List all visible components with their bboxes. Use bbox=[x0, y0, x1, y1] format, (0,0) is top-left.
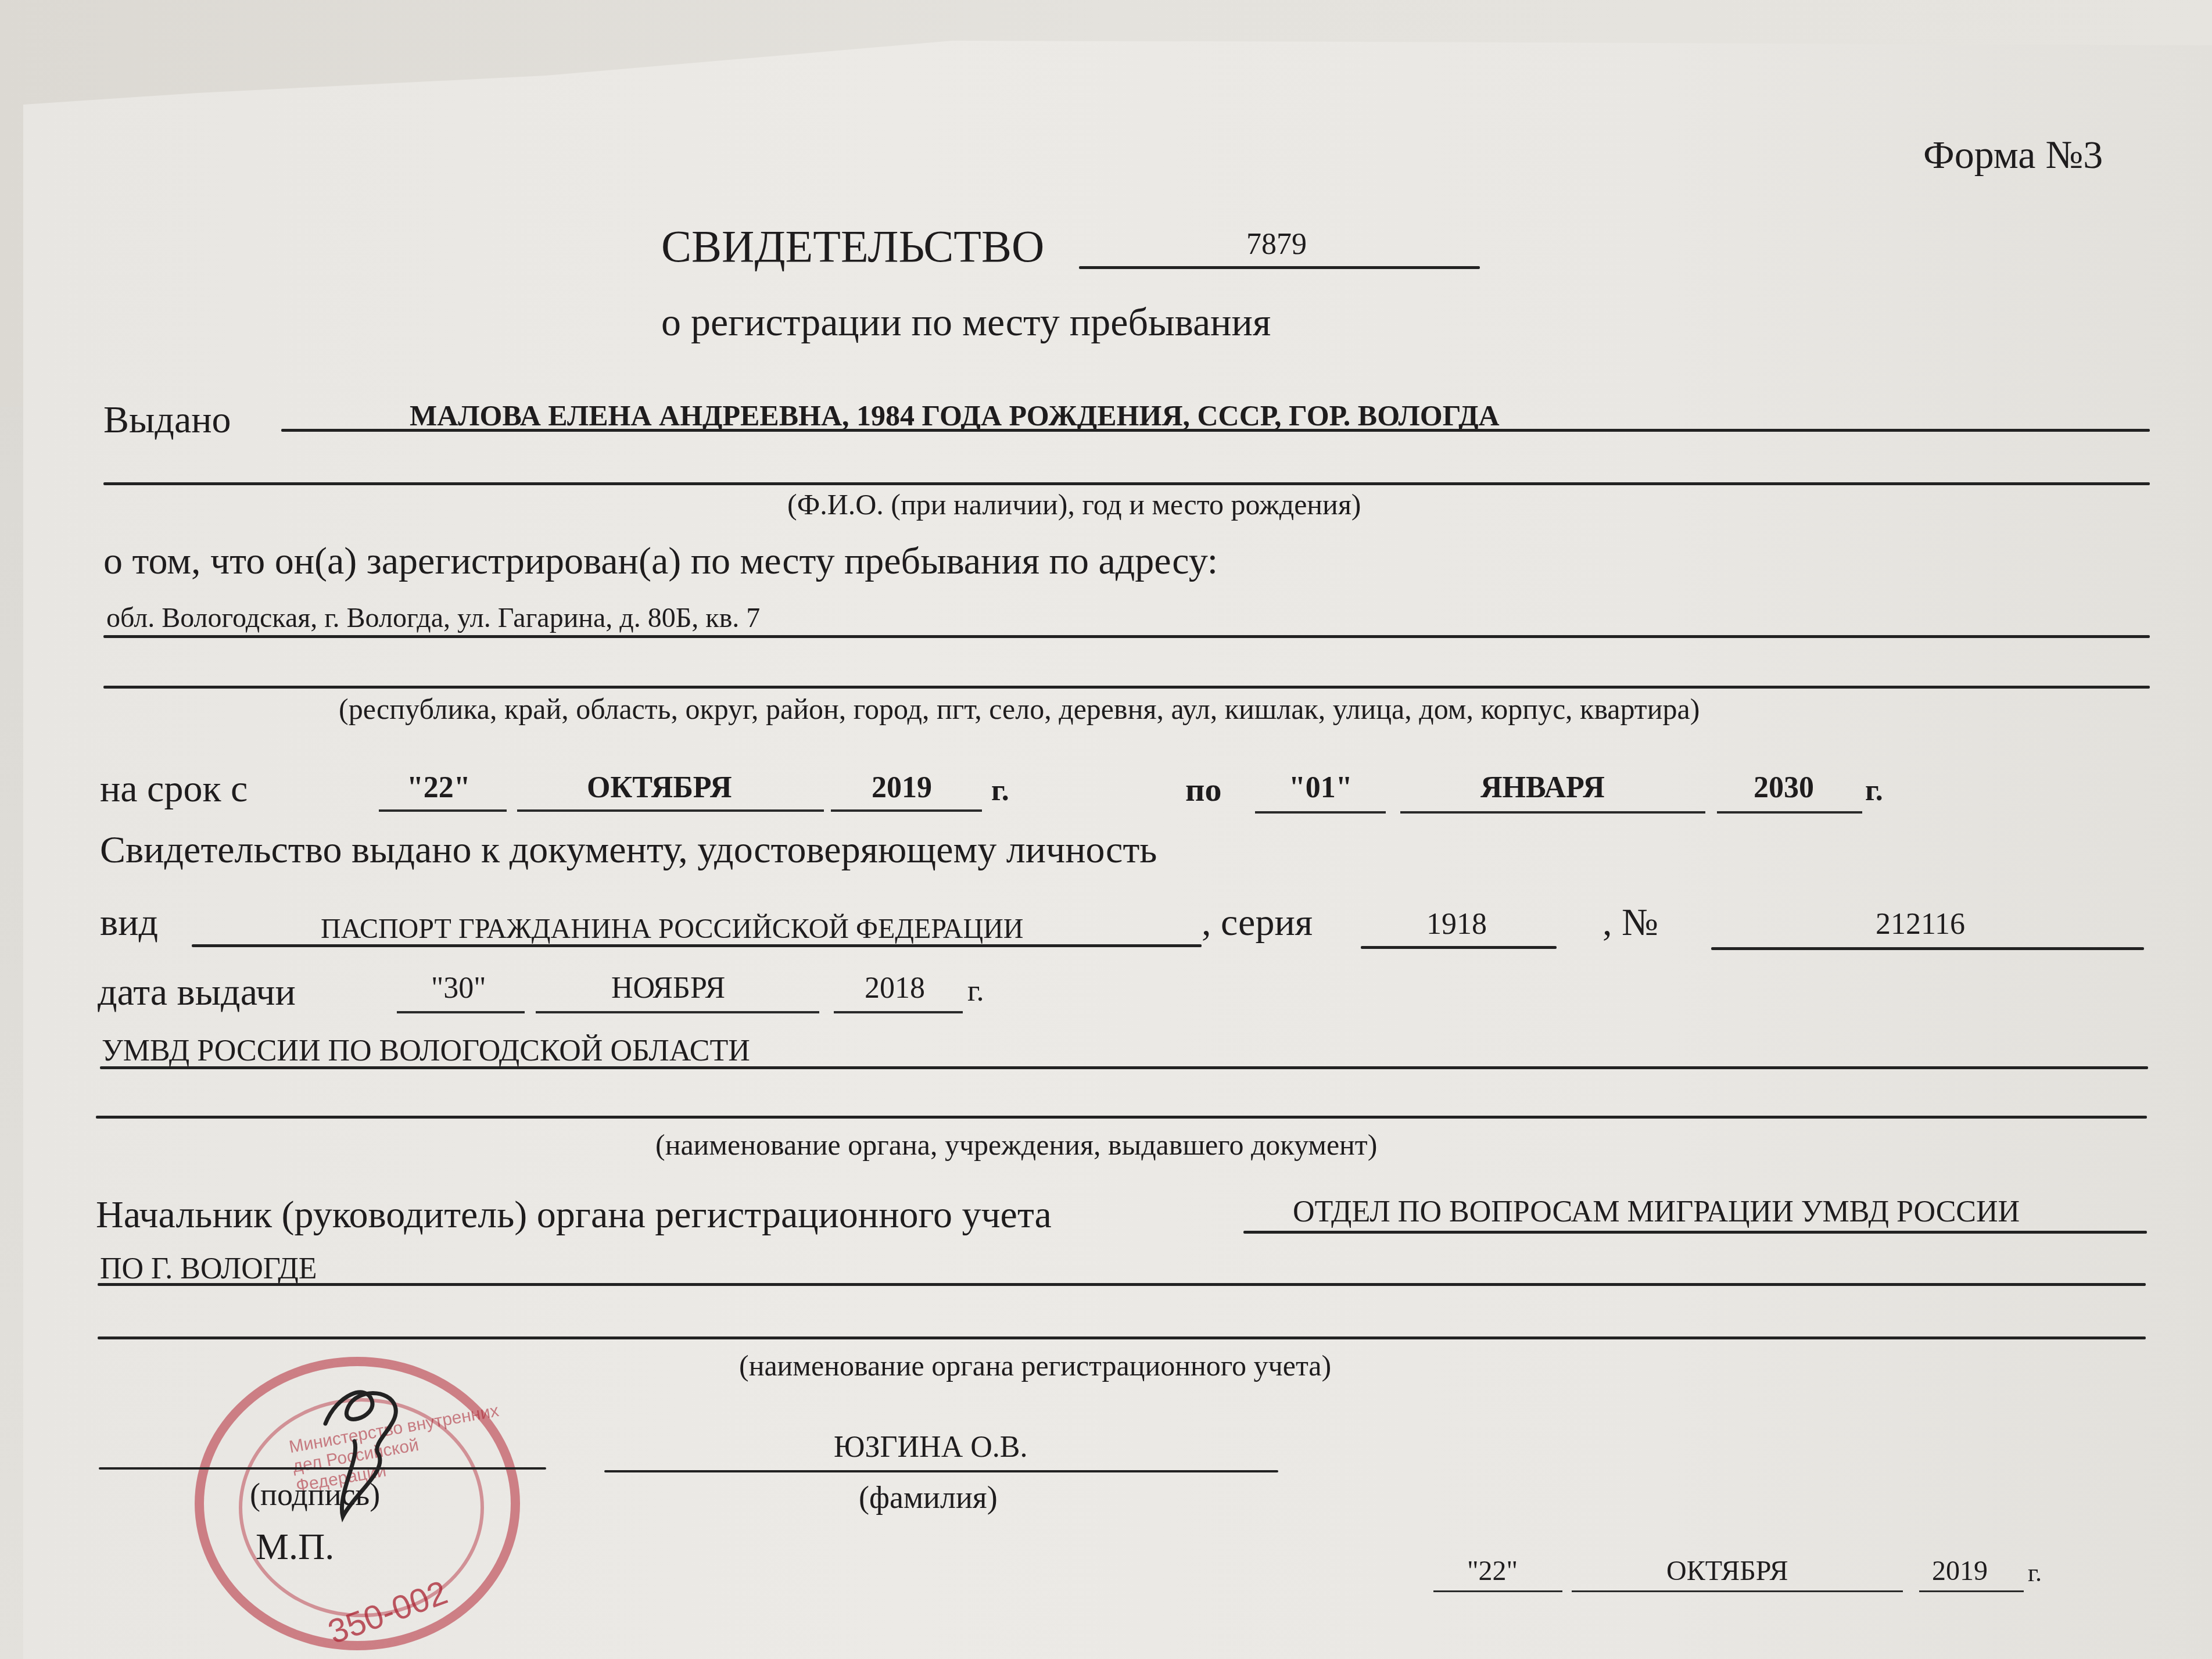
term-label: на срок с bbox=[100, 770, 248, 808]
issue-date-day: "22" bbox=[1467, 1557, 1518, 1585]
identity-doc-issuer-value: УМВД РОССИИ ПО ВОЛОГОДСКОЙ ОБЛАСТИ bbox=[102, 1036, 750, 1066]
registration-authority-line-1 bbox=[1243, 1231, 2147, 1234]
term-from-year: 2019 bbox=[872, 773, 932, 803]
address-value: обл. Вологодская, г. Вологда, ул. Гагари… bbox=[106, 604, 760, 632]
identity-doc-issuer-line-1 bbox=[100, 1066, 2148, 1069]
identity-doc-statement: Свидетельство выдано к документу, удосто… bbox=[100, 831, 1157, 869]
certificate-number-line bbox=[1079, 266, 1480, 269]
seal-label: М.П. bbox=[256, 1528, 334, 1565]
registration-authority-label: Начальник (руководитель) органа регистра… bbox=[96, 1196, 1052, 1234]
term-to-day-line bbox=[1255, 811, 1386, 814]
identity-doc-issuer-hint: (наименование органа, учреждения, выдавш… bbox=[655, 1130, 1377, 1159]
registration-authority-hint: (наименование органа регистрационного уч… bbox=[739, 1351, 1331, 1380]
identity-doc-issue-day: "30" bbox=[431, 973, 486, 1004]
term-to-year: 2030 bbox=[1754, 773, 1814, 803]
identity-doc-series-value: 1918 bbox=[1426, 909, 1487, 940]
surname-hint: (фамилия) bbox=[859, 1482, 998, 1513]
identity-doc-issue-month-line bbox=[536, 1011, 819, 1013]
issued-to-line-1 bbox=[281, 429, 2150, 432]
registration-authority-value-2: ПО Г. ВОЛОГДЕ bbox=[100, 1254, 317, 1284]
issue-date-year: 2019 bbox=[1932, 1557, 1988, 1585]
issued-to-label: Выдано bbox=[103, 401, 231, 439]
certificate-number: 7879 bbox=[1246, 230, 1307, 260]
identity-doc-number-value: 212116 bbox=[1876, 909, 1965, 940]
term-to-month-line bbox=[1400, 811, 1705, 814]
identity-doc-issuer-line-2 bbox=[96, 1116, 2147, 1119]
address-statement: о том, что он(а) зарегистрирован(а) по м… bbox=[103, 542, 1218, 581]
identity-doc-issue-year: 2018 bbox=[865, 973, 925, 1004]
address-line-1 bbox=[103, 635, 2150, 638]
issue-date-year-line bbox=[1919, 1590, 2024, 1592]
address-line-2 bbox=[103, 686, 2150, 689]
document-title: СВИДЕТЕЛЬСТВО bbox=[661, 224, 1044, 269]
identity-doc-issue-date-label: дата выдачи bbox=[98, 973, 296, 1012]
issued-to-line-2 bbox=[103, 482, 2150, 485]
issue-date-day-line bbox=[1433, 1590, 1562, 1592]
identity-doc-issue-year-suffix: г. bbox=[967, 976, 984, 1006]
issue-date-suffix: г. bbox=[2028, 1560, 2042, 1586]
identity-doc-series-line bbox=[1361, 946, 1557, 949]
term-to-year-suffix: г. bbox=[1865, 776, 1883, 806]
registration-authority-value-1: ОТДЕЛ ПО ВОПРОСАМ МИГРАЦИИ УМВД РОССИИ bbox=[1293, 1197, 2020, 1227]
identity-doc-issue-year-line bbox=[834, 1011, 963, 1013]
signature-hint: (подпись) bbox=[250, 1479, 380, 1510]
identity-doc-issue-day-line bbox=[397, 1011, 525, 1013]
term-from-month-line bbox=[517, 809, 824, 812]
identity-doc-type-value: ПАСПОРТ ГРАЖДАНИНА РОССИЙСКОЙ ФЕДЕРАЦИИ bbox=[321, 915, 1024, 943]
document-subtitle: о регистрации по месту пребывания bbox=[661, 302, 1271, 342]
identity-doc-type-line bbox=[192, 944, 1202, 947]
issue-date-month: ОКТЯБРЯ bbox=[1666, 1557, 1788, 1585]
term-from-month: ОКТЯБРЯ bbox=[587, 773, 732, 803]
term-from-year-line bbox=[831, 809, 982, 812]
identity-doc-type-label: вид bbox=[100, 904, 158, 942]
term-to-year-line bbox=[1717, 811, 1862, 814]
identity-doc-issue-month: НОЯБРЯ bbox=[611, 973, 725, 1004]
signature-line bbox=[99, 1467, 546, 1470]
address-hint: (республика, край, область, округ, район… bbox=[339, 694, 1700, 723]
issued-to-value: МАЛОВА ЕЛЕНА АНДРЕЕВНА, 1984 ГОДА РОЖДЕН… bbox=[410, 401, 1500, 430]
term-to-day: "01" bbox=[1289, 773, 1353, 803]
identity-doc-series-label: , серия bbox=[1202, 904, 1313, 942]
identity-doc-number-line bbox=[1711, 947, 2144, 950]
term-from-year-suffix: г. bbox=[991, 776, 1009, 806]
issue-date-month-line bbox=[1572, 1590, 1903, 1592]
term-from-day: "22" bbox=[407, 773, 471, 803]
term-to-month: ЯНВАРЯ bbox=[1480, 773, 1605, 803]
registration-authority-line-2 bbox=[98, 1283, 2146, 1286]
term-to-label: по bbox=[1185, 773, 1221, 807]
identity-doc-number-label: , № bbox=[1602, 904, 1658, 942]
surname-line bbox=[604, 1470, 1278, 1472]
surname-value: ЮЗГИНА О.В. bbox=[834, 1432, 1027, 1463]
term-from-day-line bbox=[379, 809, 507, 812]
form-number: Форма №3 bbox=[1923, 135, 2103, 174]
registration-authority-line-3 bbox=[98, 1336, 2146, 1339]
issued-to-hint: (Ф.И.О. (при наличии), год и место рожде… bbox=[787, 490, 1361, 519]
